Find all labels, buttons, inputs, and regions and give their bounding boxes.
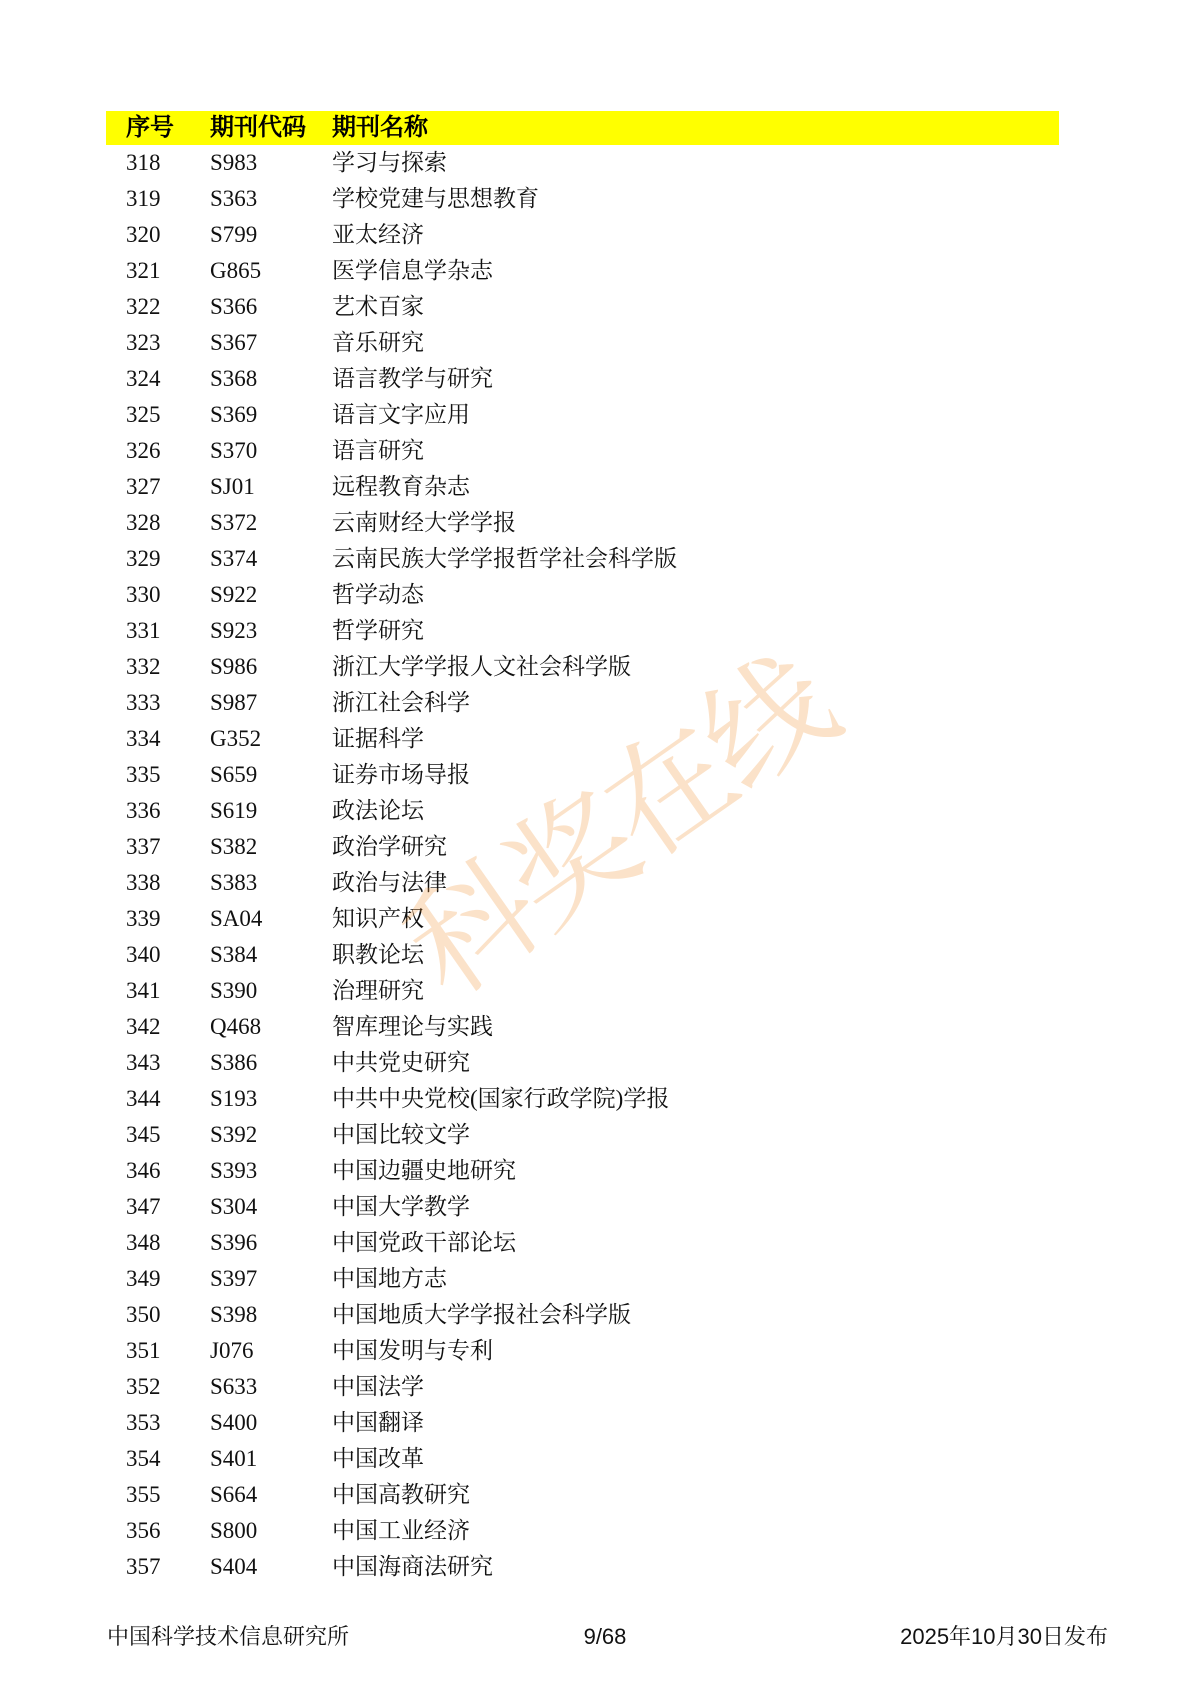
row-journal-name: 哲学研究 <box>332 613 424 649</box>
row-journal-name: 知识产权 <box>332 901 424 937</box>
row-journal-name: 中国海商法研究 <box>332 1549 493 1585</box>
row-seq: 345 <box>126 1117 161 1153</box>
row-seq: 346 <box>126 1153 161 1189</box>
table-row: 348 S396 中国党政干部论坛 <box>0 1225 1200 1261</box>
row-journal-code: S923 <box>210 613 257 649</box>
row-seq: 324 <box>126 361 161 397</box>
row-journal-name: 政法论坛 <box>332 793 424 829</box>
row-seq: 336 <box>126 793 161 829</box>
row-seq: 351 <box>126 1333 161 1369</box>
row-seq: 327 <box>126 469 161 505</box>
row-journal-name: 中国大学教学 <box>332 1189 470 1225</box>
table-row: 344 S193 中共中央党校(国家行政学院)学报 <box>0 1081 1200 1117</box>
row-journal-name: 中国地质大学学报社会科学版 <box>332 1297 631 1333</box>
document-page: 序号 期刊代码 期刊名称 318 S983 学习与探索 319 S363 学校党… <box>0 0 1200 1695</box>
table-row: 325 S369 语言文字应用 <box>0 397 1200 433</box>
row-journal-code: S384 <box>210 937 257 973</box>
row-journal-code: S367 <box>210 325 257 361</box>
row-journal-code: S400 <box>210 1405 257 1441</box>
row-journal-code: S404 <box>210 1549 257 1585</box>
row-seq: 329 <box>126 541 161 577</box>
row-journal-name: 政治与法律 <box>332 865 447 901</box>
row-journal-code: S393 <box>210 1153 257 1189</box>
table-row: 338 S383 政治与法律 <box>0 865 1200 901</box>
table-row: 355 S664 中国高教研究 <box>0 1477 1200 1513</box>
row-seq: 335 <box>126 757 161 793</box>
table-row: 334 G352 证据科学 <box>0 721 1200 757</box>
row-seq: 338 <box>126 865 161 901</box>
row-journal-code: S800 <box>210 1513 257 1549</box>
row-seq: 347 <box>126 1189 161 1225</box>
row-seq: 319 <box>126 181 161 217</box>
table-row: 356 S800 中国工业经济 <box>0 1513 1200 1549</box>
row-journal-name: 政治学研究 <box>332 829 447 865</box>
table-row: 333 S987 浙江社会科学 <box>0 685 1200 721</box>
row-seq: 325 <box>126 397 161 433</box>
table-row: 346 S393 中国边疆史地研究 <box>0 1153 1200 1189</box>
row-journal-name: 中国发明与专利 <box>332 1333 493 1369</box>
row-seq: 322 <box>126 289 161 325</box>
row-journal-name: 治理研究 <box>332 973 424 1009</box>
table-row: 328 S372 云南财经大学学报 <box>0 505 1200 541</box>
row-journal-code: S986 <box>210 649 257 685</box>
row-journal-name: 语言教学与研究 <box>332 361 493 397</box>
row-seq: 318 <box>126 145 161 181</box>
table-row: 322 S366 艺术百家 <box>0 289 1200 325</box>
row-journal-code: S383 <box>210 865 257 901</box>
table-row: 340 S384 职教论坛 <box>0 937 1200 973</box>
row-seq: 354 <box>126 1441 161 1477</box>
header-cell-seq: 序号 <box>126 111 174 145</box>
table-row: 352 S633 中国法学 <box>0 1369 1200 1405</box>
row-journal-name: 艺术百家 <box>332 289 424 325</box>
row-journal-code: G352 <box>210 721 261 757</box>
table-row: 337 S382 政治学研究 <box>0 829 1200 865</box>
row-journal-code: G865 <box>210 253 261 289</box>
row-seq: 344 <box>126 1081 161 1117</box>
row-journal-name: 中国法学 <box>332 1369 424 1405</box>
row-journal-name: 哲学动态 <box>332 577 424 613</box>
row-journal-code: S366 <box>210 289 257 325</box>
row-seq: 328 <box>126 505 161 541</box>
row-journal-name: 云南财经大学学报 <box>332 505 516 541</box>
row-seq: 355 <box>126 1477 161 1513</box>
table-row: 349 S397 中国地方志 <box>0 1261 1200 1297</box>
row-seq: 332 <box>126 649 161 685</box>
row-seq: 353 <box>126 1405 161 1441</box>
row-journal-name: 中国改革 <box>332 1441 424 1477</box>
row-seq: 350 <box>126 1297 161 1333</box>
row-journal-code: S799 <box>210 217 257 253</box>
table-row: 330 S922 哲学动态 <box>0 577 1200 613</box>
row-journal-code: S382 <box>210 829 257 865</box>
row-seq: 323 <box>126 325 161 361</box>
row-journal-name: 浙江大学学报人文社会科学版 <box>332 649 631 685</box>
row-journal-code: S368 <box>210 361 257 397</box>
table-row: 332 S986 浙江大学学报人文社会科学版 <box>0 649 1200 685</box>
row-journal-code: S374 <box>210 541 257 577</box>
row-journal-name: 语言研究 <box>332 433 424 469</box>
table-row: 326 S370 语言研究 <box>0 433 1200 469</box>
table-row: 335 S659 证券市场导报 <box>0 757 1200 793</box>
row-journal-name: 学习与探索 <box>332 145 447 181</box>
page-footer: 中国科学技术信息研究所 9/68 2025年10月30日发布 <box>0 1622 1200 1652</box>
row-seq: 320 <box>126 217 161 253</box>
row-journal-name: 智库理论与实践 <box>332 1009 493 1045</box>
row-journal-code: S401 <box>210 1441 257 1477</box>
row-journal-name: 学校党建与思想教育 <box>332 181 539 217</box>
table-row: 350 S398 中国地质大学学报社会科学版 <box>0 1297 1200 1333</box>
row-seq: 326 <box>126 433 161 469</box>
row-journal-code: S193 <box>210 1081 257 1117</box>
row-journal-name: 浙江社会科学 <box>332 685 470 721</box>
row-journal-code: S664 <box>210 1477 257 1513</box>
table-row: 341 S390 治理研究 <box>0 973 1200 1009</box>
row-journal-code: S370 <box>210 433 257 469</box>
row-seq: 333 <box>126 685 161 721</box>
row-journal-name: 亚太经济 <box>332 217 424 253</box>
table-row: 353 S400 中国翻译 <box>0 1405 1200 1441</box>
header-cell-code: 期刊代码 <box>210 111 306 145</box>
row-journal-code: S390 <box>210 973 257 1009</box>
row-journal-code: S398 <box>210 1297 257 1333</box>
row-seq: 342 <box>126 1009 161 1045</box>
table-row: 342 Q468 智库理论与实践 <box>0 1009 1200 1045</box>
table-row: 327 SJ01 远程教育杂志 <box>0 469 1200 505</box>
table-row: 347 S304 中国大学教学 <box>0 1189 1200 1225</box>
row-journal-code: S922 <box>210 577 257 613</box>
table-row: 324 S368 语言教学与研究 <box>0 361 1200 397</box>
row-journal-name: 中国工业经济 <box>332 1513 470 1549</box>
row-journal-name: 证券市场导报 <box>332 757 470 793</box>
row-journal-code: S369 <box>210 397 257 433</box>
row-journal-code: S619 <box>210 793 257 829</box>
row-seq: 343 <box>126 1045 161 1081</box>
row-journal-name: 中共党史研究 <box>332 1045 470 1081</box>
row-journal-name: 语言文字应用 <box>332 397 470 433</box>
row-seq: 334 <box>126 721 161 757</box>
table-row: 336 S619 政法论坛 <box>0 793 1200 829</box>
row-journal-name: 证据科学 <box>332 721 424 757</box>
table-row: 343 S386 中共党史研究 <box>0 1045 1200 1081</box>
row-journal-code: SA04 <box>210 901 262 937</box>
table-row: 318 S983 学习与探索 <box>0 145 1200 181</box>
row-journal-code: S372 <box>210 505 257 541</box>
row-journal-code: S397 <box>210 1261 257 1297</box>
table-row: 331 S923 哲学研究 <box>0 613 1200 649</box>
row-journal-code: S633 <box>210 1369 257 1405</box>
table-row: 329 S374 云南民族大学学报哲学社会科学版 <box>0 541 1200 577</box>
row-journal-code: J076 <box>210 1333 253 1369</box>
table-row: 319 S363 学校党建与思想教育 <box>0 181 1200 217</box>
row-seq: 330 <box>126 577 161 613</box>
row-journal-name: 中国边疆史地研究 <box>332 1153 516 1189</box>
row-journal-name: 音乐研究 <box>332 325 424 361</box>
row-journal-name: 中国地方志 <box>332 1261 447 1297</box>
row-journal-name: 中国翻译 <box>332 1405 424 1441</box>
row-journal-name: 中国比较文学 <box>332 1117 470 1153</box>
row-journal-name: 职教论坛 <box>332 937 424 973</box>
row-journal-code: S987 <box>210 685 257 721</box>
row-journal-code: S659 <box>210 757 257 793</box>
footer-organization: 中国科学技术信息研究所 <box>107 1622 349 1652</box>
row-journal-code: SJ01 <box>210 469 255 505</box>
header-cell-name: 期刊名称 <box>332 111 428 145</box>
row-seq: 339 <box>126 901 161 937</box>
row-seq: 348 <box>126 1225 161 1261</box>
row-journal-name: 云南民族大学学报哲学社会科学版 <box>332 541 677 577</box>
row-seq: 352 <box>126 1369 161 1405</box>
row-journal-name: 中国党政干部论坛 <box>332 1225 516 1261</box>
row-journal-code: S304 <box>210 1189 257 1225</box>
row-journal-name: 远程教育杂志 <box>332 469 470 505</box>
row-seq: 337 <box>126 829 161 865</box>
table-header-bar: 序号 期刊代码 期刊名称 <box>106 111 1059 145</box>
row-seq: 357 <box>126 1549 161 1585</box>
row-journal-code: S363 <box>210 181 257 217</box>
row-seq: 356 <box>126 1513 161 1549</box>
row-seq: 331 <box>126 613 161 649</box>
table-row: 320 S799 亚太经济 <box>0 217 1200 253</box>
table-row: 321 G865 医学信息学杂志 <box>0 253 1200 289</box>
table-row: 357 S404 中国海商法研究 <box>0 1549 1200 1585</box>
footer-release-date: 2025年10月30日发布 <box>900 1622 1108 1652</box>
table-row: 323 S367 音乐研究 <box>0 325 1200 361</box>
row-journal-name: 医学信息学杂志 <box>332 253 493 289</box>
row-seq: 340 <box>126 937 161 973</box>
row-seq: 341 <box>126 973 161 1009</box>
row-journal-code: Q468 <box>210 1009 261 1045</box>
journal-table: 318 S983 学习与探索 319 S363 学校党建与思想教育 320 S7… <box>0 145 1200 1585</box>
row-journal-code: S983 <box>210 145 257 181</box>
row-journal-code: S396 <box>210 1225 257 1261</box>
row-seq: 321 <box>126 253 161 289</box>
row-journal-code: S386 <box>210 1045 257 1081</box>
table-row: 339 SA04 知识产权 <box>0 901 1200 937</box>
footer-page-number: 9/68 <box>560 1622 650 1652</box>
row-journal-name: 中共中央党校(国家行政学院)学报 <box>332 1081 669 1117</box>
row-journal-code: S392 <box>210 1117 257 1153</box>
table-row: 354 S401 中国改革 <box>0 1441 1200 1477</box>
row-journal-name: 中国高教研究 <box>332 1477 470 1513</box>
row-seq: 349 <box>126 1261 161 1297</box>
table-row: 351 J076 中国发明与专利 <box>0 1333 1200 1369</box>
table-row: 345 S392 中国比较文学 <box>0 1117 1200 1153</box>
